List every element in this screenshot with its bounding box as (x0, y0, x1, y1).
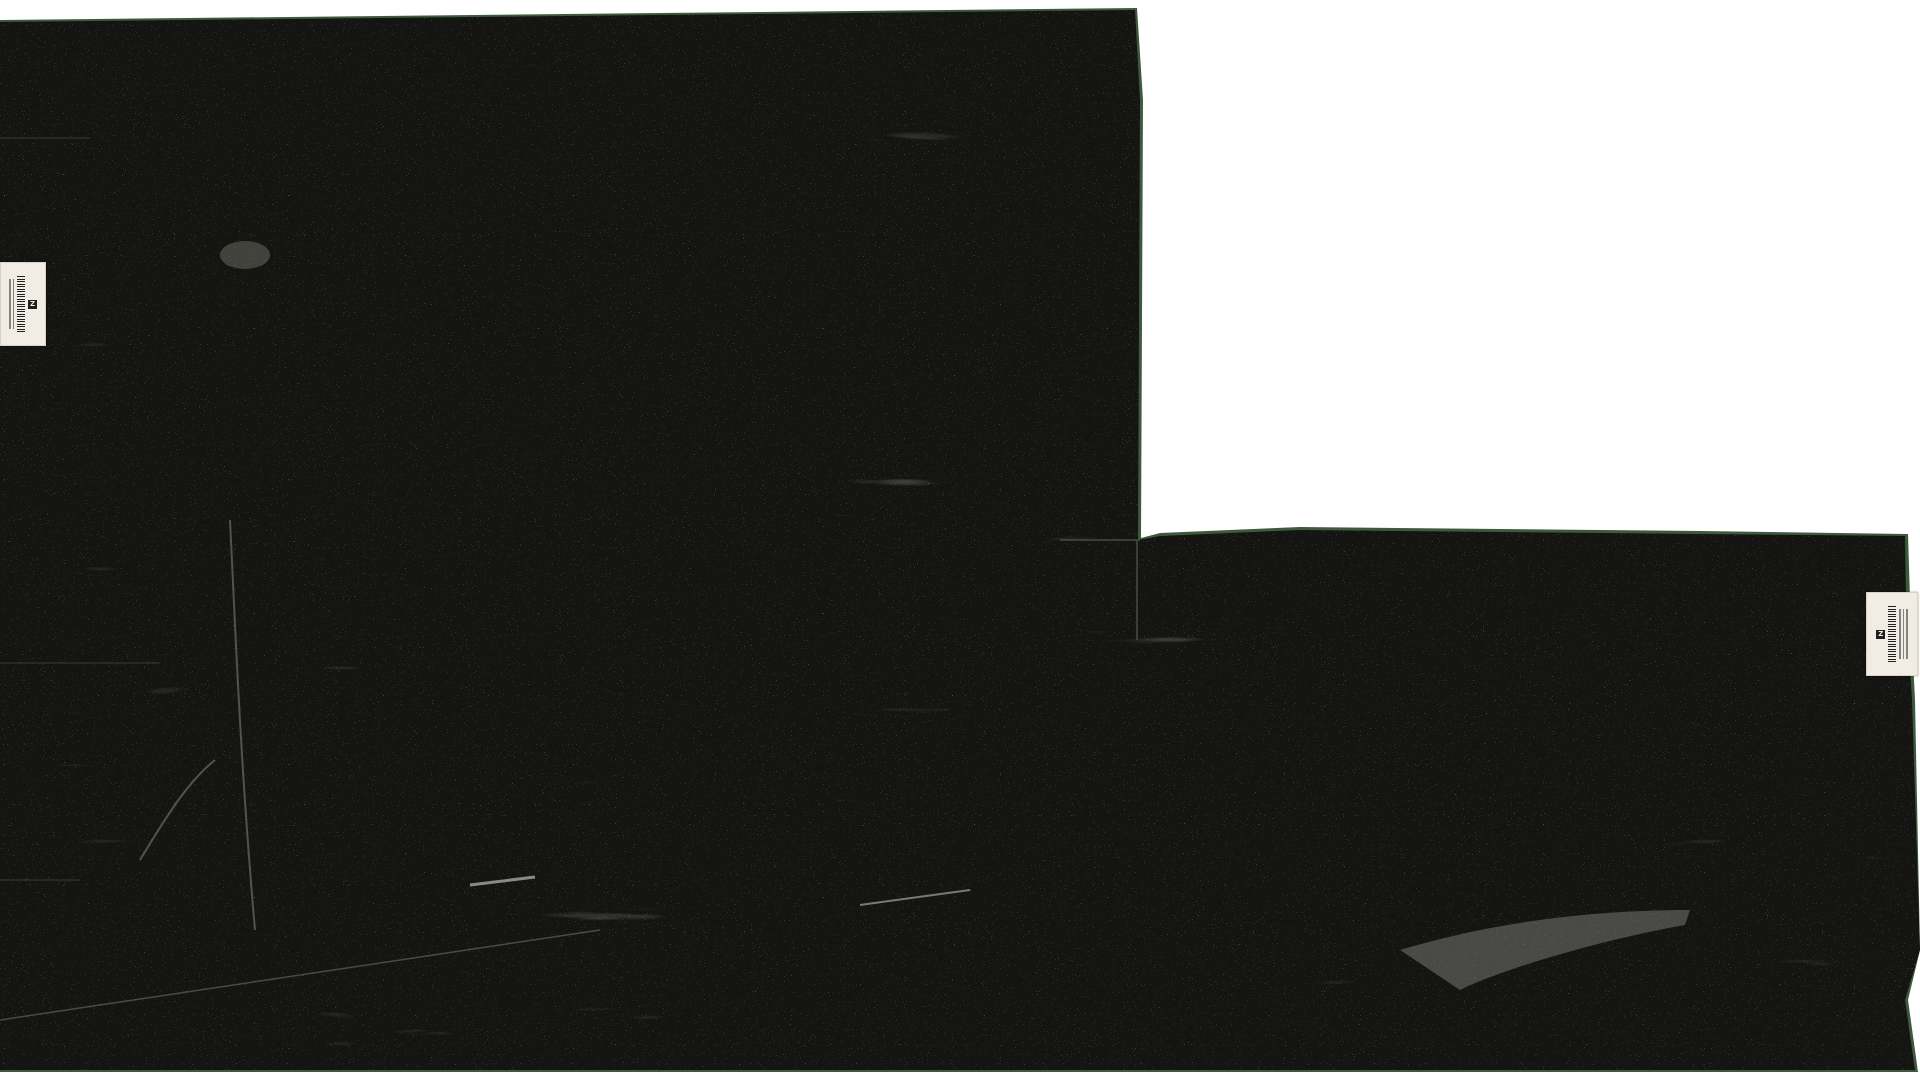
barcode-icon (17, 276, 25, 332)
label-text-lines (1899, 609, 1908, 659)
logo-icon: Z (1876, 630, 1885, 639)
right-inventory-label: Z (1866, 592, 1918, 676)
left-inventory-label: Z (0, 262, 46, 346)
label-text-lines (9, 279, 14, 329)
granite-slab (0, 0, 1920, 1080)
barcode-icon (1888, 606, 1896, 662)
photo-stage: Z Z (0, 0, 1920, 1080)
logo-icon: Z (28, 300, 37, 309)
